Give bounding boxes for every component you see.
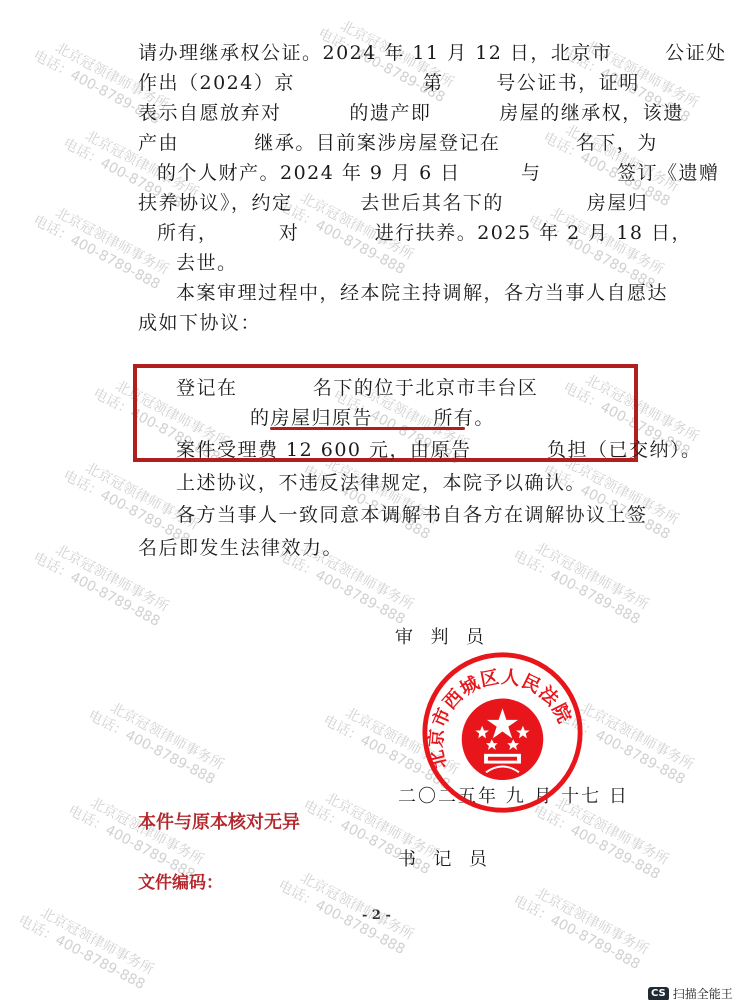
clerk-label: 书 记 员 bbox=[398, 845, 489, 871]
scanner-badge-label: 扫描全能王 bbox=[673, 985, 733, 1000]
body-line: 各方当事人一致同意本调解书自各方在调解协议上签 bbox=[176, 500, 648, 527]
file-code-label: 文件编码： bbox=[138, 868, 223, 893]
judge-label: 审 判 员 bbox=[395, 623, 486, 649]
camscanner-logo-icon: CS bbox=[648, 987, 669, 1000]
verified-stamp-text: 本件与原本核对无异 bbox=[138, 808, 300, 834]
body-line: 请办理继承权公证。2024 年 11 月 12 日，北京市 公证处 bbox=[138, 38, 727, 65]
scanner-badge: CS 扫描全能王 bbox=[648, 985, 733, 1000]
body-line: 作出（2024）京 第 号公证书，证明 bbox=[138, 68, 640, 95]
agreement-line: 案件受理费 12 600 元，由原告 负担（已交纳）。 bbox=[176, 435, 701, 462]
agreement-line: 的房屋归原告 所有。 bbox=[250, 403, 495, 430]
body-line: 去世。 bbox=[176, 248, 238, 275]
document-page: 请办理继承权公证。2024 年 11 月 12 日，北京市 公证处 作出（202… bbox=[0, 0, 750, 1000]
body-line: 所有， 对 进行扶养。2025 年 2 月 18 日， bbox=[157, 218, 692, 245]
body-line: 产由 继承。目前案涉房屋登记在 名下，为 bbox=[138, 128, 658, 155]
body-line: 扶养协议》，约定 去世后其名下的 房屋归 bbox=[138, 188, 648, 215]
body-line: 成如下协议： bbox=[138, 308, 261, 335]
highlight-underline bbox=[270, 427, 465, 430]
body-line: 的个人财产。2024 年 9 月 6 日 与 签订《遗赠 bbox=[157, 158, 719, 185]
body-line: 名后即发生法律效力。 bbox=[138, 533, 343, 560]
agreement-line: 登记在 名下的位于北京市丰台区 bbox=[176, 373, 538, 400]
court-seal-icon: 北京市西城区人民法院 bbox=[420, 650, 585, 815]
body-line: 表示自愿放弃对 的遗产即 房屋的继承权，该遗 bbox=[138, 98, 684, 125]
body-line: 本案审理过程中，经本院主持调解，各方当事人自愿达 bbox=[176, 278, 668, 305]
body-line: 上述协议，不违反法律规定，本院予以确认。 bbox=[176, 468, 586, 495]
page-number: - 2 - bbox=[362, 908, 391, 923]
